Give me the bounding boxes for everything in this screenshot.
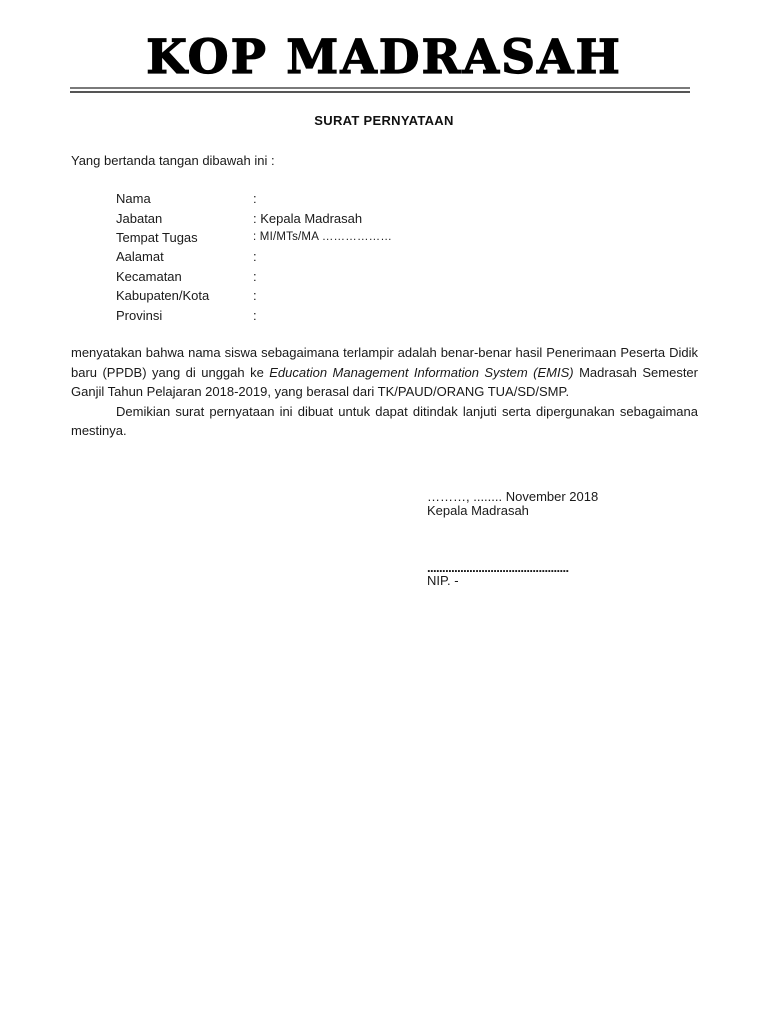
emis-emphasis: Education Management Information System … (269, 365, 573, 380)
statement-paragraph: menyatakan bahwa nama siswa sebagaimana … (71, 343, 698, 402)
field-value: : (253, 308, 257, 323)
closing-paragraph: Demikian surat pernyataan ini dibuat unt… (71, 402, 698, 441)
field-value: : (253, 288, 257, 303)
statement-body: menyatakan bahwa nama siswa sebagaimana … (71, 343, 698, 441)
identity-fields: Nama : Jabatan : Kepala Madrasah Tempat … (116, 189, 392, 325)
field-row-provinsi: Provinsi : (116, 305, 392, 324)
field-row-kabupaten-kota: Kabupaten/Kota : (116, 286, 392, 305)
field-row-nama: Nama : (116, 189, 392, 208)
field-label: Provinsi (116, 308, 253, 323)
rule-line-bottom (70, 91, 690, 93)
field-value: : Kepala Madrasah (253, 211, 362, 226)
field-value: : (253, 249, 257, 264)
field-value: : (253, 269, 257, 284)
field-label: Kecamatan (116, 269, 253, 284)
signatory-position: Kepala Madrasah (427, 504, 598, 518)
letterhead-double-rule (70, 87, 690, 93)
field-value: : MI/MTs/MA ……………… (253, 231, 392, 243)
field-label: Jabatan (116, 211, 253, 226)
field-label: Tempat Tugas (116, 230, 253, 245)
rule-line-top (70, 87, 690, 89)
field-label: Nama (116, 191, 253, 206)
intro-text: Yang bertanda tangan dibawah ini : (71, 153, 275, 168)
nip-label: NIP. - (427, 574, 598, 588)
letterhead-title: KOP MADRASAH (0, 28, 768, 88)
place-date: ………, ........ November 2018 (427, 490, 598, 504)
field-row-tempat-tugas: Tempat Tugas : MI/MTs/MA ……………… (116, 228, 392, 247)
field-row-kecamatan: Kecamatan : (116, 267, 392, 286)
signature-block: ………, ........ November 2018 Kepala Madra… (427, 490, 598, 588)
field-row-alamat: Aalamat : (116, 247, 392, 266)
field-row-jabatan: Jabatan : Kepala Madrasah (116, 208, 392, 227)
field-value: : (253, 191, 257, 206)
field-label: Kabupaten/Kota (116, 288, 253, 303)
field-label: Aalamat (116, 249, 253, 264)
document-title: SURAT PERNYATAAN (0, 113, 768, 128)
